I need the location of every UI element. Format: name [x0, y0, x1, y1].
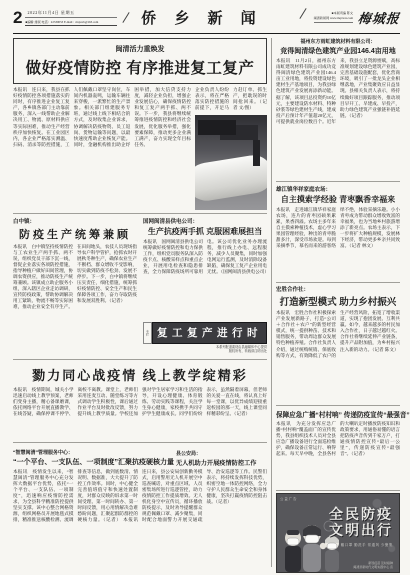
page-number: 2	[13, 9, 22, 26]
public-service-ad: 公益广告	[276, 493, 400, 573]
banner-caption-line2: 版权所有，转载请注明出处	[143, 349, 267, 353]
main-kicker: 闽清活力重焕发	[14, 44, 266, 54]
article-police-head: 县公安局： 无人机助力开展疫情防控工作	[176, 450, 267, 467]
slash-decoration	[123, 12, 130, 23]
ad-slogan-line2: 文明出行	[329, 522, 393, 538]
editor-contact-line: ■编辑·排版 电话：22330053 E-mail：mqxwb@163.com	[25, 18, 117, 24]
article-xiongjiang: 雄江镇华祥家庭农场： 自主摸索学经验 青枣飘香幸福来 本报讯 走进雄江镇华祥家庭…	[276, 185, 400, 279]
banner-caption: 本系列报道素材由县融媒体中心提供 版权所有，转载请注明出处	[143, 345, 267, 354]
section-two: 白中镇： 防疫生产统筹兼顾 本报讯 白中镇坚持疫情防控与工农业生产两手抓、两不误…	[13, 217, 267, 356]
yuhong-body: 本报讯 11月2日，福州东方雨虹建筑材料有限公司成功竞得闽清绿色建筑产业园146…	[276, 58, 400, 178]
worker-silhouette	[253, 140, 260, 166]
baizhong-body: 本报讯 白中镇坚持疫情防控与工农业生产两手抓、两不误，组织党员干部下沉一线，督促…	[13, 244, 137, 356]
police-headline: 无人机助力开展疫情防控工作	[176, 458, 267, 467]
hongsheng-headline: 打造新型模式 助力乡村振兴	[276, 294, 400, 308]
yuhong-headline: 竞得闽清绿色建筑产业园146.4亩用地	[276, 46, 400, 56]
ad-footer-line2: 闽清县新时代文明实践中心 宣	[353, 565, 393, 569]
ad-subline: 戴口罩 勤洗手 常通风 少聚集	[341, 542, 393, 547]
section-divider	[13, 442, 267, 443]
section-title: 侨 乡 新 闻	[141, 7, 263, 28]
article-online-teaching: 勠力同心战疫情 线上教学绽精彩 本报讯 疫情期间，城关小学迅速启动线上教学预案，…	[13, 365, 267, 439]
yuhong-kicker: 福州东方雨虹建筑材料有限公司：	[276, 38, 400, 45]
article-guowang: 国网闽清县供电公司： 生产抗疫两手抓 克服困难展担当 本报讯 国网闽清县供电公司…	[143, 217, 267, 356]
main-body-text: 本报讯 连日来，我县在抓好疫情防控各项措施落实的同时，有序推进企业复工复产，各乡…	[13, 87, 191, 210]
header-credits: ■本版责编 陈文 闽清新闻网 www.mqxww.com	[314, 11, 353, 22]
guowang-kicker: 国网闽清县供电公司：	[143, 217, 267, 225]
main-body-right: 企业负责人纷纷表示，将在严格落实防控措施的前提下，开足马力赶订单、抓生产，把耽误…	[195, 87, 267, 210]
smart-minqing-body: 本报讯 疫情发生以来，“智慧闽清”管理服务中心充分发挥大数据平台优势，依托“一个…	[13, 469, 138, 523]
series-banner: 专栏 复工复产进行时	[143, 322, 267, 344]
right-region: 福州东方雨虹建筑材料有限公司： 竞得闽清绿色建筑产业园146.4亩用地 本报讯 …	[276, 38, 400, 569]
guowang-body: 本报讯 国网闽清县供电公司统筹做好疫情防控和电力保供工作，组织党员服务队深入防疫…	[143, 239, 267, 319]
date-line: 2022年11月4日 星期五	[25, 10, 117, 18]
xiongjiang-headline: 自主摸索学经验 青枣飘香幸福来	[276, 194, 400, 205]
police-body: 本报讯 连日来，县公安局创新勤务模式，启用警用无人机开展空中巡查喊话，对重点区域…	[123, 469, 267, 523]
page-content: 闽清活力重焕发 做好疫情防控 有序推进复工复产 本报讯 连日来，我县在抓好疫情防…	[13, 33, 400, 569]
ad-slogan-line1: 全民防疫	[329, 506, 393, 522]
main-body-right-text: 企业负责人纷纷表示，将在严格落实防控措施的前提下，开足马力赶订单、抓生产，把耽误…	[195, 87, 267, 113]
article-main: 闽清活力重焕发 做好疫情防控 有序推进复工复产 本报讯 连日来，我县在抓好疫情防…	[13, 38, 267, 210]
slash-decoration	[299, 8, 306, 19]
header-left: 2 2022年11月4日 星期五 ■编辑·排版 电话：22330053 E-ma…	[13, 9, 141, 26]
newspaper-page: 2 2022年11月4日 星期五 ■编辑·排版 电话：22330053 E-ma…	[0, 0, 410, 575]
section-four-headlines: “智慧闽清”管理服务中心： “一个平台、一支队伍、一项制度”汇聚抗疫硬核力量 县…	[13, 449, 267, 467]
guowang-headline: 生产抗疫两手抓 克服困难展担当	[143, 226, 267, 237]
smart-minqing-headline: “一个平台、一支队伍、一项制度”汇聚抗疫硬核力量	[13, 457, 171, 467]
hongsheng-body: 本报讯 宏胜合作社积极探索产业发展新路子，打造“公司＋合作社＋农户”的新型经营模…	[276, 310, 400, 402]
baizhong-headline: 防疫生产统筹兼顾	[13, 226, 137, 242]
article-hongsheng: 宏胜合作社： 打造新型模式 助力乡村振兴 本报讯 宏胜合作社积极探索产业发展新路…	[276, 285, 400, 402]
section-divider	[13, 213, 267, 214]
left-region: 闽清活力重焕发 做好疫情防控 有序推进复工复产 本报讯 连日来，我县在抓好疫情防…	[13, 38, 267, 569]
factory-interior-photo	[195, 115, 267, 210]
online-teaching-headline: 勠力同心战疫情 线上教学绽精彩	[13, 365, 267, 384]
section-four-body: 本报讯 疫情发生以来，“智慧闽清”管理服务中心充分发挥大数据平台优势，依托“一个…	[13, 469, 267, 573]
police-kicker: 县公安局：	[176, 450, 267, 457]
smart-minqing-kicker: “智慧闽清”管理服务中心：	[13, 449, 171, 456]
main-headline: 做好疫情防控 有序推进复工复产	[14, 56, 266, 78]
banner-title: 复工复产进行时	[152, 322, 267, 344]
section-four: “智慧闽清”管理服务中心： “一个平台、一支队伍、一项制度”汇聚抗疫硬核力量 县…	[13, 449, 267, 573]
baizhong-kicker: 白中镇：	[13, 217, 137, 225]
online-teaching-body: 本报讯 疫情期间，城关小学迅速启动线上教学预案，老师们变身主播，精心备课磨课，依…	[13, 387, 267, 439]
machinery-shape	[198, 120, 236, 135]
header-right: ■本版责编 陈文 闽清新闻网 www.mqxww.com 梅城报	[263, 8, 400, 27]
section-divider	[276, 282, 400, 283]
section-divider	[13, 359, 267, 360]
banner-side-label: 专栏	[143, 322, 152, 344]
article-broadcast: 保障应急广播“村村响” 传递防疫宣传“最强音” 本报讯 为充分发挥应急广播“村村…	[276, 409, 400, 487]
section-divider	[276, 181, 400, 182]
newspaper-masthead: 梅城报	[357, 8, 401, 27]
xiongjiang-kicker: 雄江镇华祥家庭农场：	[276, 185, 400, 193]
xiongjiang-body: 本报讯 走进雄江镇华祥家庭农场，连片的青枣园硕果累累，果香四溢。农场主多年来自主…	[276, 207, 400, 279]
broadcast-headline: 保障应急广播“村村响” 传递防疫宣传“最强音”	[276, 409, 400, 419]
ad-slogan: 全民防疫 文明出行	[329, 506, 393, 538]
column-divider	[271, 38, 272, 567]
main-headline-box: 闽清活力重焕发 做好疫情防控 有序推进复工复产	[13, 38, 267, 84]
section-divider	[276, 490, 400, 491]
header-issue-info: 2022年11月4日 星期五 ■编辑·排版 电话：22330053 E-mail…	[25, 10, 117, 26]
broadcast-body: 本报讯 为充分发挥应急广播“村村响”覆盖面广的宣传优势，我县组织技术人员对全县应…	[276, 421, 400, 487]
website-line: 闽清新闻网 www.mqxww.com	[314, 16, 353, 21]
hongsheng-kicker: 宏胜合作社：	[276, 285, 400, 293]
article-baizhong: 白中镇： 防疫生产统筹兼顾 本报讯 白中镇坚持疫情防控与工农业生产两手抓、两不误…	[13, 217, 137, 356]
article-yuhong: 福州东方雨虹建筑材料有限公司： 竞得闽清绿色建筑产业园146.4亩用地 本报讯 …	[276, 38, 400, 178]
page-header: 2 2022年11月4日 星期五 ■编辑·排版 电话：22330053 E-ma…	[13, 3, 400, 31]
main-article-body: 本报讯 连日来，我县在抓好疫情防控各项措施落实的同时，有序推进企业复工复产，各乡…	[13, 87, 267, 210]
section-divider	[276, 405, 400, 406]
ad-label: 公益广告	[280, 496, 298, 501]
article-smart-minqing-head: “智慧闽清”管理服务中心： “一个平台、一支队伍、一项制度”汇聚抗疫硬核力量	[13, 449, 171, 467]
ad-footer: 新冠疫苗 及时接种 闽清县新时代文明实践中心 宣	[353, 561, 393, 569]
